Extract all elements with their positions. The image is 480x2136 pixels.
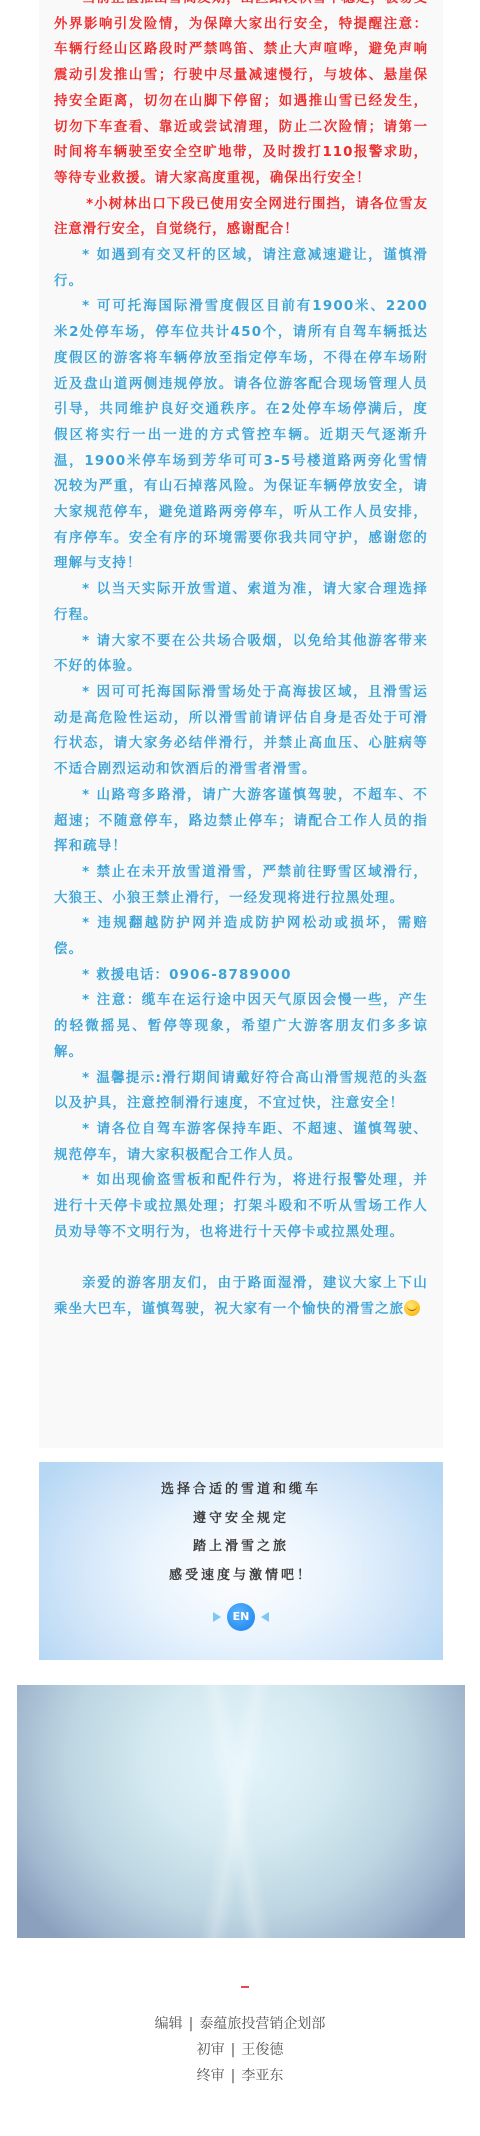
open-runs-notice: * 以当天实际开放雪道、索道为准，请大家合理选择行程。: [54, 577, 428, 628]
ski-slogan-banner: 选择合适的雪道和缆车 遵守安全规定 踏上滑雪之旅 感受速度与激情吧！ EN: [39, 1462, 443, 1660]
credit-separator: |: [231, 2042, 236, 2058]
arrow-right-icon: [213, 1612, 221, 1622]
parking-notice: * 可可托海国际滑雪度假区目前有1900米、2200米2处停车场，停车位共计45…: [54, 294, 428, 577]
driving-notice: * 请各位自驾车游客保持车距、不超速、谨慎驾驶、规范停车，请大家积极配合工作人员…: [54, 1117, 428, 1168]
credit-name: 泰蕴旅投营销企划部: [199, 2016, 325, 2032]
smiley-emoji-icon: [404, 1300, 420, 1316]
credit-name: 王俊德: [241, 2042, 283, 2058]
slogan-line-3: 踏上滑雪之旅: [39, 1533, 443, 1562]
slogan-lines: 选择合适的雪道和缆车 遵守安全规定 踏上滑雪之旅 感受速度与激情吧！: [39, 1476, 443, 1590]
notice-card: 当前正值推山雪高发期，山区路段积雪不稳定，极易受外界影响引发险情，为保障大家出行…: [39, 0, 443, 1448]
red-divider: [241, 1986, 249, 1988]
theft-notice: * 如出现偷盗雪板和配件行为，将进行报警处理，并进行十天停卡或拉黑处理；打架斗殴…: [54, 1168, 428, 1245]
credit-role: 终审: [197, 2068, 225, 2084]
closing-text: 亲爱的游客朋友们，由于路面湿滑，建议大家上下山乘坐大巴车，谨慎驾驶，祝大家有一个…: [54, 1276, 428, 1317]
en-language-button[interactable]: EN: [227, 1603, 255, 1631]
no-smoking-notice: * 请大家不要在公共场合吸烟，以免给其他游客带来不好的体验。: [54, 629, 428, 680]
credit-role: 编辑: [155, 2016, 183, 2032]
credit-separator: |: [189, 2016, 194, 2032]
slogan-line-4: 感受速度与激情吧！: [39, 1562, 443, 1591]
paragraph-spacer: [54, 1245, 428, 1271]
snow-light-gradient-image: [17, 1685, 465, 1938]
rescue-phone-notice: * 救援电话：0906-8789000: [54, 963, 428, 989]
credit-separator: |: [231, 2068, 236, 2084]
slogan-line-2: 遵守安全规定: [39, 1505, 443, 1534]
credit-editor: 编辑|泰蕴旅投营销企划部: [0, 2011, 480, 2037]
safety-net-notice: *小树林出口下段已使用安全网进行围挡，请各位雪友注意滑行安全，自觉绕行，感谢配合…: [54, 192, 428, 243]
cable-car-notice: * 注意：缆车在运行途中因天气原因会慢一些，产生的轻微摇晃、暂停等现象，希望广大…: [54, 988, 428, 1065]
mountain-road-notice: * 山路弯多路滑，请广大游客谨慎驾驶，不超车、不超速；不随意停车，路边禁止停车；…: [54, 783, 428, 860]
english-toggle[interactable]: EN: [39, 1602, 443, 1632]
credit-first-review: 初审|王俊德: [0, 2037, 480, 2063]
credit-role: 初审: [197, 2042, 225, 2058]
avalanche-warning-paragraph: 当前正值推山雪高发期，山区路段积雪不稳定，极易受外界影响引发险情，为保障大家出行…: [54, 0, 428, 192]
crossbar-notice: * 如遇到有交叉杆的区域，请注意减速避让，谨慎滑行。: [54, 243, 428, 294]
notice-body: 当前正值推山雪高发期，山区路段积雪不稳定，极易受外界影响引发险情，为保障大家出行…: [54, 0, 428, 1323]
credit-final-review: 终审|李亚东: [0, 2063, 480, 2089]
closed-runs-notice: * 禁止在未开放雪道滑雪，严禁前往野雪区域滑行，大狼王、小狼王禁止滑行，一经发现…: [54, 860, 428, 911]
arrow-left-icon: [261, 1612, 269, 1622]
slogan-line-1: 选择合适的雪道和缆车: [39, 1476, 443, 1505]
credit-name: 李亚东: [241, 2068, 283, 2084]
helmet-tip: * 温馨提示:滑行期间请戴好符合高山滑雪规范的头盔以及护具，注意控制滑行速度，不…: [54, 1066, 428, 1117]
fence-damage-notice: * 违规翻越防护网并造成防护网松动或损坏，需赔偿。: [54, 911, 428, 962]
credits: 编辑|泰蕴旅投营销企划部 初审|王俊德 终审|李亚东: [0, 2011, 480, 2089]
closing-paragraph: 亲爱的游客朋友们，由于路面湿滑，建议大家上下山乘坐大巴车，谨慎驾驶，祝大家有一个…: [54, 1271, 428, 1322]
health-notice: * 因可可托海国际滑雪场处于高海拔区域，且滑雪运动是高危险性运动，所以滑雪前请评…: [54, 680, 428, 783]
